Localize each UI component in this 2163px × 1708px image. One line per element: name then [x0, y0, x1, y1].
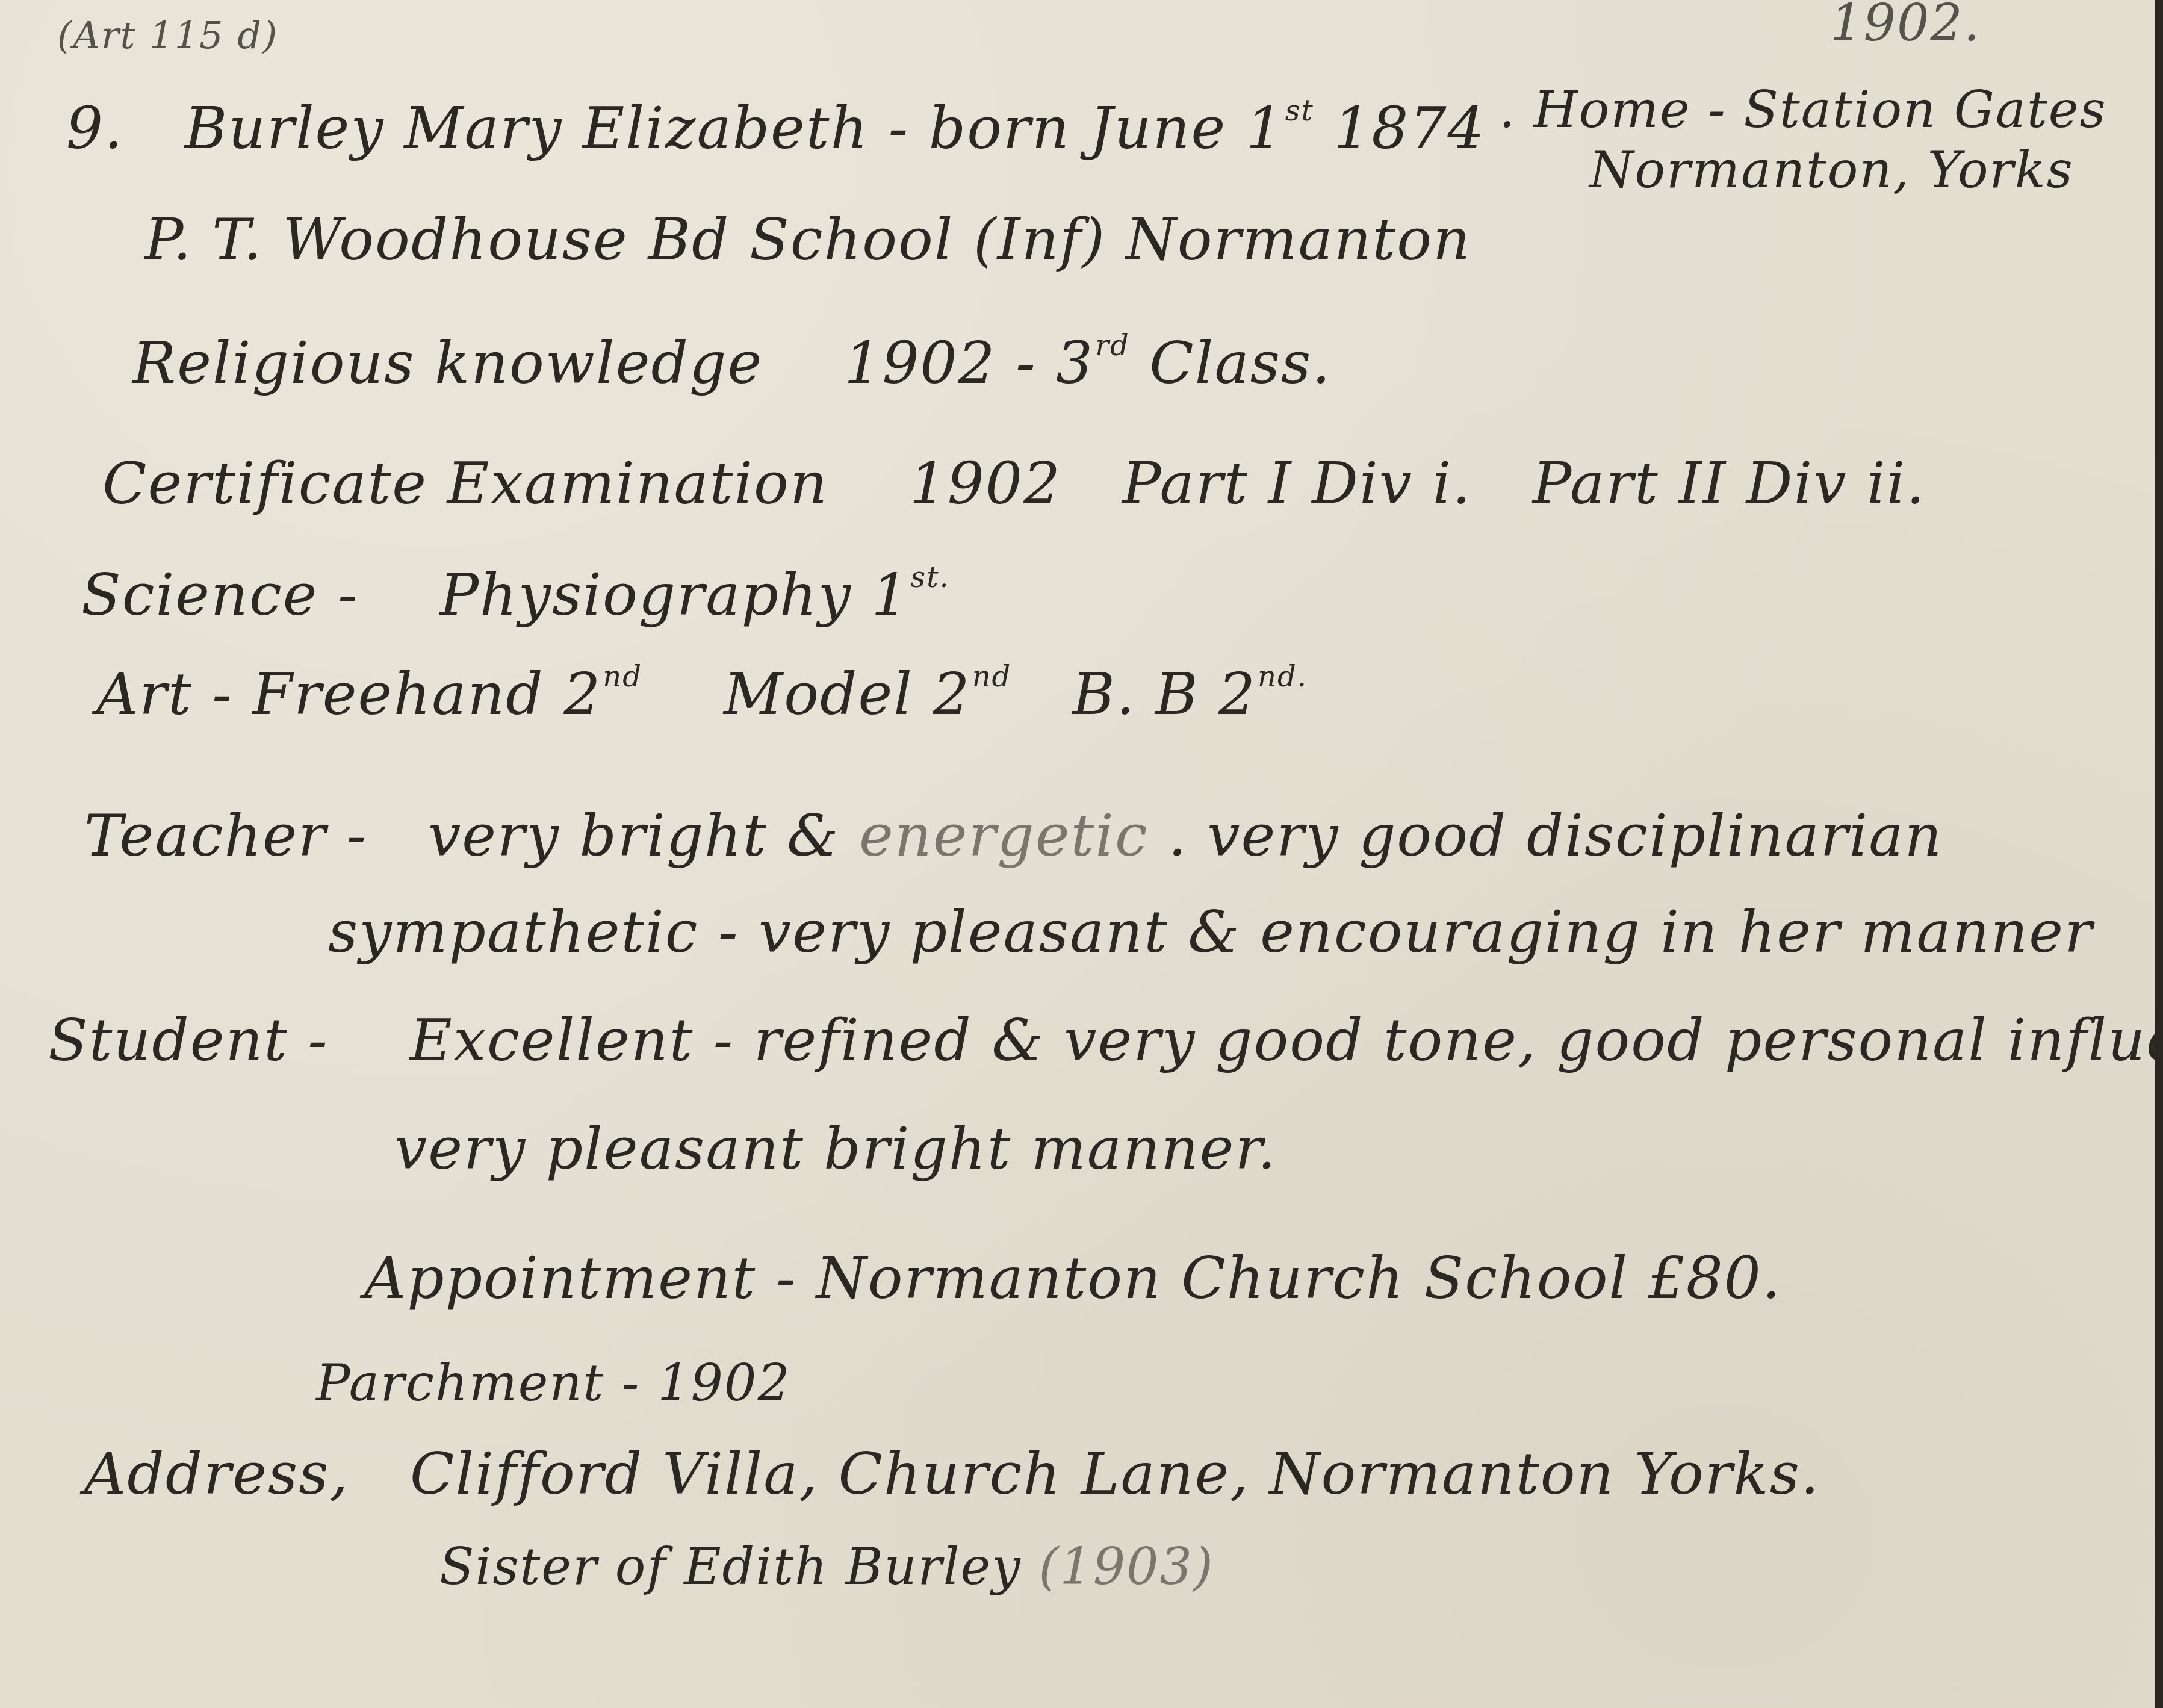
religious-knowledge-ordinal: rd: [1095, 329, 1130, 362]
certificate-exam-part2: Part II Div ii.: [1533, 450, 1926, 517]
reference-note: (Art 115 d): [57, 17, 278, 54]
certificate-exam-label: Certificate Examination: [102, 450, 828, 517]
science-value: Physiography 1: [439, 561, 909, 629]
sister-note-year: (1903): [1038, 1537, 1214, 1596]
religious-knowledge-line: Religious knowledge 1902 - 3rd Class.: [132, 331, 1332, 392]
student-line-1: Student - Excellent - refined & very goo…: [48, 1011, 2155, 1069]
register-page: (Art 115 d) 1902. 9. Burley Mary Elizabe…: [0, 0, 2155, 1708]
student-label: Student -: [48, 1007, 329, 1074]
religious-knowledge-class: Class.: [1149, 329, 1331, 397]
pupil-teacher-line: P. T. Woodhouse Bd School (Inf) Normanto…: [144, 211, 1471, 269]
religious-knowledge-value: 1902 - 3: [844, 329, 1094, 397]
sister-note: Sister of Edith Burley (1903): [439, 1541, 1214, 1592]
teacher-line-2: sympathetic - very pleasant & encouragin…: [328, 903, 2093, 961]
entry-number: 9.: [66, 95, 124, 162]
teacher-remark-faint: energetic: [859, 802, 1149, 869]
teacher-label: Teacher -: [84, 802, 367, 869]
student-remark-1: Excellent - refined & very good tone, go…: [410, 1007, 2155, 1074]
art-line: Art - Freehand 2nd Model 2nd B. B 2nd.: [96, 662, 1308, 723]
address-line: Address, Clifford Villa, Church Lane, No…: [84, 1445, 1820, 1503]
home-address: . Home - Station Gates: [1499, 84, 2107, 135]
parchment-line: Parchment - 1902: [316, 1358, 791, 1408]
appointment-line: Appointment - Normanton Church School £8…: [364, 1249, 1781, 1307]
certificate-exam-line: Certificate Examination 1902 Part I Div …: [102, 455, 1926, 512]
art-blackboard-ordinal: nd.: [1258, 660, 1308, 694]
home-line-1: Station Gates: [1743, 80, 2106, 139]
student-line-2: very pleasant bright manner.: [394, 1120, 1277, 1178]
teacher-line-1: Teacher - very bright & energetic . very…: [84, 807, 1943, 865]
birth-date-ordinal: st: [1285, 94, 1314, 128]
born-label: - born: [889, 95, 1070, 162]
art-freehand-ordinal: nd: [603, 660, 642, 694]
art-freehand: Art - Freehand 2: [96, 660, 601, 728]
certificate-exam-part1: Part I Div i.: [1122, 450, 1472, 517]
address-value: Clifford Villa, Church Lane, Normanton Y…: [410, 1440, 1820, 1508]
teacher-remark-a: very bright &: [428, 802, 859, 869]
art-blackboard: B. B 2: [1072, 660, 1256, 728]
birth-year: 1874: [1333, 95, 1485, 162]
science-line: Science - Physiography 1st.: [81, 563, 950, 624]
birth-date: June 1: [1090, 95, 1284, 162]
art-model-ordinal: nd: [972, 660, 1012, 694]
religious-knowledge-label: Religious knowledge: [132, 329, 763, 397]
teacher-remark-b: . very good disciplinarian: [1168, 802, 1943, 869]
address-label: Address,: [84, 1440, 349, 1508]
sister-note-text: Sister of Edith Burley: [439, 1537, 1022, 1596]
art-model: Model 2: [724, 660, 971, 728]
science-ordinal: st.: [911, 561, 950, 594]
home-label: . Home -: [1499, 80, 1727, 139]
student-name: Burley Mary Elizabeth: [185, 95, 869, 162]
science-label: Science -: [81, 561, 358, 629]
entry-year: 1902.: [1830, 0, 1981, 48]
entry-heading: 9. Burley Mary Elizabeth - born June 1st…: [66, 96, 1486, 157]
home-line-2: Normanton, Yorks: [1589, 144, 2074, 195]
certificate-exam-year: 1902: [910, 450, 1061, 517]
